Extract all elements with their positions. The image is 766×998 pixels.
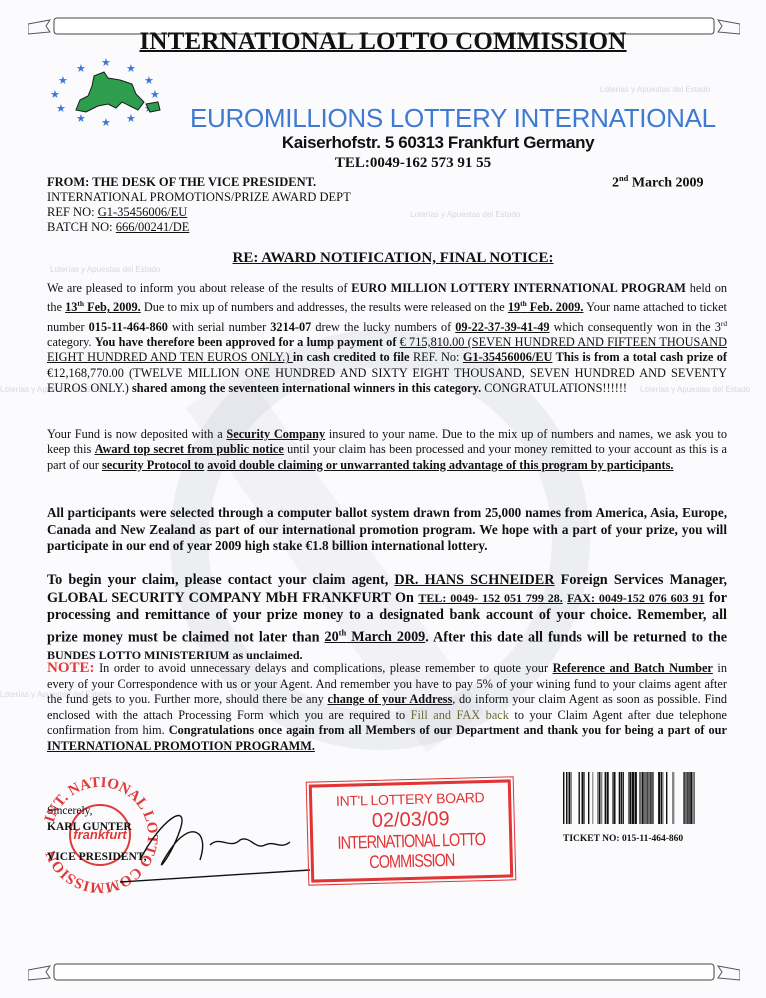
address: Kaiserhofstr. 5 60313 Frankfurt Germany xyxy=(0,133,766,153)
text: . After this date all funds will be retu… xyxy=(425,629,727,645)
approval-text: You have therefore been approved for a l… xyxy=(95,335,400,349)
ref-value: G1-35456006/EU xyxy=(98,205,188,219)
ref-label: REF NO: xyxy=(47,205,95,219)
watermark-text: Loterías y Apuestas del Estado xyxy=(410,210,520,219)
batch-label: BATCH NO: xyxy=(47,220,113,234)
text: with serial number xyxy=(168,320,270,334)
svg-text:★: ★ xyxy=(144,75,154,87)
security-company: Security Company xyxy=(226,427,325,441)
program-name-closing: INTERNATIONAL PROMOTION PROGRAMM. xyxy=(47,739,315,753)
text: We are pleased to inform you about relea… xyxy=(47,281,351,295)
svg-text:★: ★ xyxy=(150,89,160,101)
text: category. xyxy=(47,335,95,349)
svg-text:★: ★ xyxy=(50,89,60,101)
paragraph-selection: All participants were selected through a… xyxy=(47,505,727,555)
text: in cash credited to file xyxy=(293,350,410,364)
paragraph-fund-deposit: Your Fund is now deposited with a Securi… xyxy=(47,427,727,473)
file-ref: G1-35456006/EU xyxy=(463,350,553,364)
security-protocol: security Protocol to xyxy=(102,458,204,472)
svg-text:★: ★ xyxy=(76,113,86,125)
double-claiming-notice: avoid double claiming or unwarranted tak… xyxy=(207,458,673,472)
category-suffix: rd xyxy=(721,319,727,328)
address-change: change of your Address xyxy=(327,692,452,706)
note-label: NOTE: xyxy=(47,660,95,676)
department: INTERNATIONAL PROMOTIONS/PRIZE AWARD DEP… xyxy=(47,190,351,205)
telephone: TEL:0049-162 573 91 55 xyxy=(0,155,766,172)
text: shared among the seventeen international… xyxy=(132,381,481,395)
claim-agent: DR. HANS SCHNEIDER xyxy=(394,572,554,588)
draw-date: 13th Feb, 2009. xyxy=(65,300,141,314)
paragraph-claim-instructions: To begin your claim, please contact your… xyxy=(47,572,727,664)
text: In order to avoid unnecessary delays and… xyxy=(95,661,553,675)
batch-no: BATCH NO: 666/00241/DE xyxy=(47,220,351,235)
ticket-number: 015-11-464-860 xyxy=(89,320,168,334)
closing-thanks: Congratulations once again from all Memb… xyxy=(169,723,727,737)
watermark-text: Loterías y Apuestas del Estado xyxy=(600,85,710,94)
barcode-icon xyxy=(563,772,696,824)
svg-text:★: ★ xyxy=(126,113,136,125)
text: REF. No: xyxy=(410,350,463,364)
reference-batch: Reference and Batch Number xyxy=(553,661,713,675)
lucky-numbers: 09-22-37-39-41-49 xyxy=(455,320,549,334)
brand-name: EUROMILLIONS LOTTERY INTERNATIONAL xyxy=(190,103,716,134)
congratulations: CONGRATULATIONS!!!!!! xyxy=(481,381,627,395)
ticket-number-label: TICKET NO: 015-11-464-860 xyxy=(563,834,683,844)
europe-map-logo-icon: ★★★ ★★ ★★ ★★ ★★★ xyxy=(46,58,186,128)
text: Your Fund is now deposited with a xyxy=(47,427,226,441)
paragraph-note: NOTE: In order to avoid unnecessary dela… xyxy=(47,661,727,755)
subject-line: RE: AWARD NOTIFICATION, FINAL NOTICE: xyxy=(0,250,766,267)
serial-number: 3214-07 xyxy=(270,320,311,334)
text: To begin your claim, please contact your… xyxy=(47,572,394,588)
release-date: 19th Feb. 2009. xyxy=(508,300,584,314)
stamp-line-3: INTERNATIONAL LOTTO COMMISSION xyxy=(313,829,510,874)
ref-no: REF NO: G1-35456006/EU xyxy=(47,205,351,220)
svg-text:★: ★ xyxy=(76,63,86,75)
agent-fax: FAX: 0049-152 076 603 91 xyxy=(567,591,704,605)
document-title-text: INTERNATIONAL LOTTO COMMISSION xyxy=(139,28,626,55)
lottery-board-stamp: INT'L LOTTERY BOARD 02/03/09 INTERNATION… xyxy=(309,779,513,882)
letter-date: 2nd March 2009 xyxy=(612,174,704,192)
date-rest: March 2009 xyxy=(628,176,703,191)
text: drew the lucky numbers of xyxy=(311,320,455,334)
secrecy-notice: Award top secret from public notice xyxy=(95,442,284,456)
svg-text:★: ★ xyxy=(126,63,136,75)
svg-text:★: ★ xyxy=(58,75,68,87)
date-day: 2 xyxy=(612,176,619,191)
program-name: EURO MILLION LOTTERY INTERNATIONAL PROGR… xyxy=(351,281,686,295)
claim-deadline: 20th March 2009 xyxy=(324,629,425,645)
sender-block: FROM: THE DESK OF THE VICE PRESIDENT. IN… xyxy=(47,175,351,235)
subject-text: RE: AWARD NOTIFICATION, FINAL NOTICE: xyxy=(232,250,553,266)
handwritten-signature-icon xyxy=(120,790,310,890)
batch-value: 666/00241/DE xyxy=(116,220,190,234)
document-title: INTERNATIONAL LOTTO COMMISSION xyxy=(0,28,766,56)
from-line: FROM: THE DESK OF THE VICE PRESIDENT. xyxy=(47,175,351,190)
bottom-scroll-banner-icon xyxy=(28,960,740,986)
date-suffix: nd xyxy=(619,174,628,183)
text: which consequently won in the 3 xyxy=(550,320,721,334)
text: Due to mix up of numbers and addresses, … xyxy=(141,300,508,314)
text: This is from a total cash prize of xyxy=(552,350,727,364)
svg-text:★: ★ xyxy=(101,117,111,128)
agent-telephone: TEL: 0049- 152 051 799 28. xyxy=(418,591,562,605)
fill-fax-instruction: Fill and FAX back xyxy=(411,708,509,722)
paragraph-award-details: We are pleased to inform you about relea… xyxy=(47,281,727,396)
svg-text:★: ★ xyxy=(56,103,66,115)
svg-text:★: ★ xyxy=(101,58,111,69)
